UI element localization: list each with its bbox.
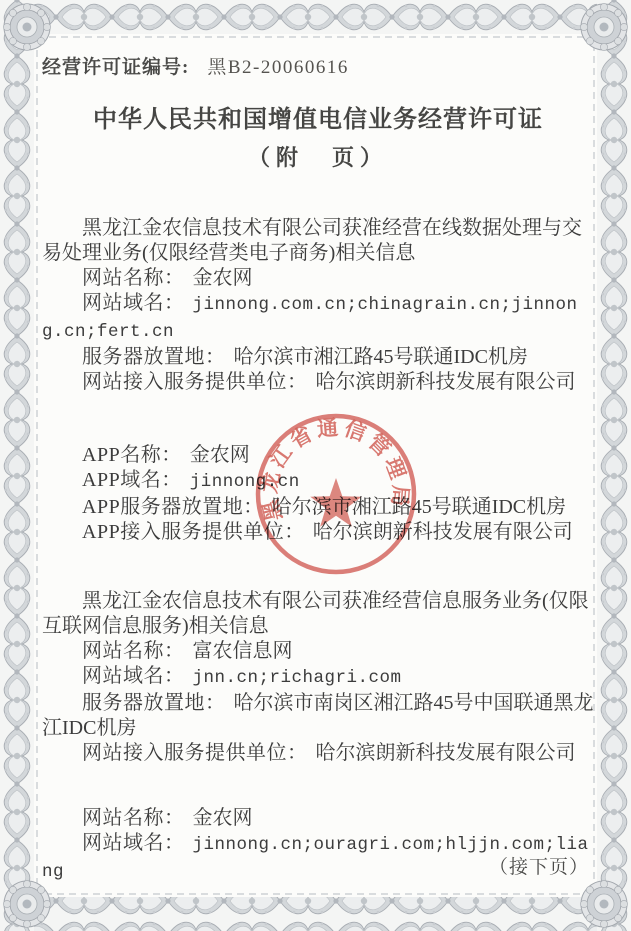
section-intro: 黑龙江金农信息技术有限公司获准经营信息服务业务(仅限互联网信息服务)相关信息 <box>42 589 594 639</box>
field-website-name: 网站名称：金农网 <box>42 266 594 291</box>
license-number-value: 黑B2-20060616 <box>207 52 349 79</box>
document-content: 经营许可证编号: 黑B2-20060616 中华人民共和国增值电信业务经营许可证… <box>42 40 594 885</box>
field-website-name: 网站名称：金农网 <box>42 806 594 831</box>
license-number-row: 经营许可证编号: 黑B2-20060616 <box>42 52 594 79</box>
section-app-info: APP名称：金农网 APP域名：jinnong.cn APP服务器放置地：哈尔滨… <box>42 443 594 545</box>
document-title: 中华人民共和国增值电信业务经营许可证 <box>42 99 594 134</box>
section-intro: 黑龙江金农信息技术有限公司获准经营在线数据处理与交易处理业务(仅限经营类电子商务… <box>42 216 594 266</box>
field-app-access-provider: APP接入服务提供单位：哈尔滨朗新科技发展有限公司 <box>42 520 594 545</box>
field-server-location: 服务器放置地：哈尔滨市南岗区湘江路45号中国联通黑龙江IDC机房 <box>42 691 594 741</box>
field-app-server-location: APP服务器放置地：哈尔滨市湘江路45号联通IDC机房 <box>42 495 594 520</box>
continued-next-page-note: （接下页） <box>489 852 589 879</box>
license-document-page: 经营许可证编号: 黑B2-20060616 中华人民共和国增值电信业务经营许可证… <box>0 0 631 931</box>
field-app-domain: APP域名：jinnong.cn <box>42 468 594 495</box>
field-website-domain: 网站域名：jinnong.com.cn;chinagrain.cn;jinnon… <box>42 291 594 345</box>
document-subtitle: （附 页） <box>42 141 594 172</box>
field-app-name: APP名称：金农网 <box>42 443 594 468</box>
field-access-provider: 网站接入服务提供单位：哈尔滨朗新科技发展有限公司 <box>42 370 594 395</box>
field-website-name: 网站名称：富农信息网 <box>42 639 594 664</box>
field-website-domain: 网站域名：jnn.cn;richagri.com <box>42 664 594 691</box>
license-number-label: 经营许可证编号: <box>42 52 189 79</box>
field-access-provider: 网站接入服务提供单位：哈尔滨朗新科技发展有限公司 <box>42 741 594 766</box>
field-server-location: 服务器放置地：哈尔滨市湘江路45号联通IDC机房 <box>42 345 594 370</box>
section-online-data-processing: 黑龙江金农信息技术有限公司获准经营在线数据处理与交易处理业务(仅限经营类电子商务… <box>42 216 594 395</box>
section-information-service: 黑龙江金农信息技术有限公司获准经营信息服务业务(仅限互联网信息服务)相关信息 网… <box>42 589 594 766</box>
